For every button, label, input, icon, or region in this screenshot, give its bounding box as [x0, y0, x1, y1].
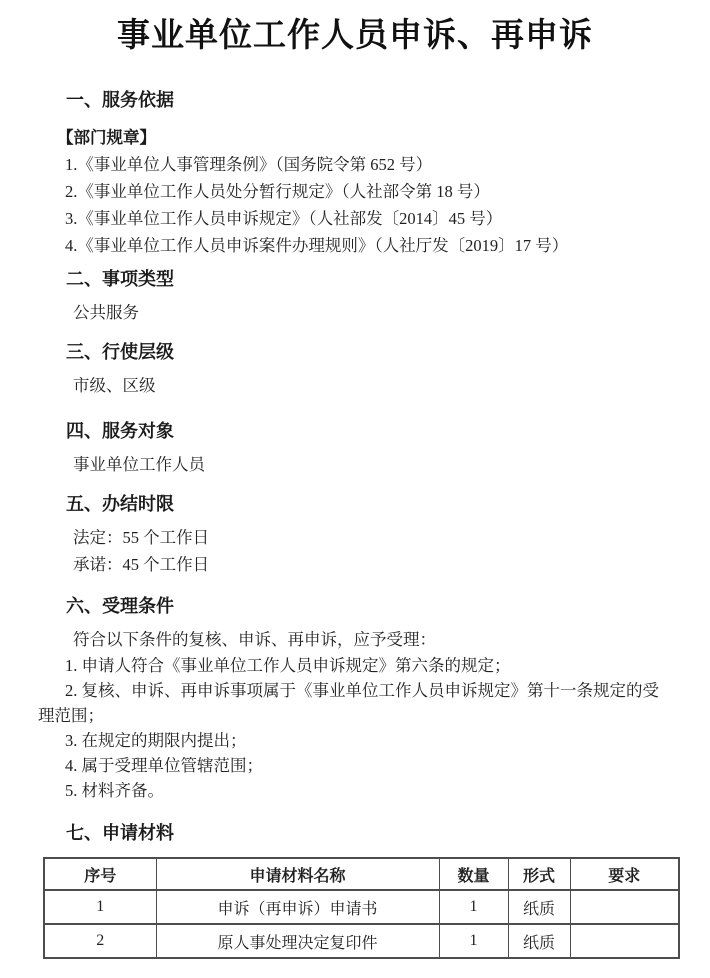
cell-quantity: 1 [439, 924, 508, 958]
section-heading-exercise-level: 三、行使层级 [38, 338, 672, 366]
column-header-serial-number: 序号 [44, 858, 156, 890]
cell-format: 纸质 [508, 890, 570, 924]
column-header-format: 形式 [508, 858, 570, 890]
section-heading-service-target: 四、服务对象 [38, 417, 672, 445]
cell-material-name: 申诉（再申诉）申请书 [156, 890, 439, 924]
table-row: 1 申诉（再申诉）申请书 1 纸质 [44, 890, 679, 924]
column-header-quantity: 数量 [439, 858, 508, 890]
cell-material-name: 原人事处理决定复印件 [156, 924, 439, 958]
condition-item: 2. 复核、申诉、再申诉事项属于《事业单位工作人员申诉规定》第十一条规定的受理范… [38, 678, 672, 728]
promised-time-limit: 承诺：45 个工作日 [38, 551, 672, 578]
cell-requirement [570, 890, 679, 924]
section-heading-completion-time: 五、办结时限 [38, 490, 672, 518]
table-row: 2 原人事处理决定复印件 1 纸质 [44, 924, 679, 958]
cell-serial-number: 2 [44, 924, 156, 958]
section-heading-item-type: 二、事项类型 [38, 265, 672, 293]
statutory-time-limit: 法定：55 个工作日 [38, 524, 672, 551]
table-header-row: 序号 申请材料名称 数量 形式 要求 [44, 858, 679, 890]
cell-quantity: 1 [439, 890, 508, 924]
section-heading-service-basis: 一、服务依据 [38, 86, 672, 114]
category-label-department-rules: 【部门规章】 [38, 124, 672, 151]
exercise-level-value: 市级、区级 [38, 372, 672, 399]
condition-item: 5. 材料齐备。 [38, 778, 672, 803]
law-reference-list: 1.《事业单位人事管理条例》（国务院令第 652 号） 2.《事业单位工作人员处… [38, 151, 672, 259]
condition-item: 4. 属于受理单位管辖范围； [38, 753, 672, 778]
item-type-value: 公共服务 [38, 299, 672, 326]
law-item: 1.《事业单位人事管理条例》（国务院令第 652 号） [38, 151, 672, 178]
column-header-material-name: 申请材料名称 [156, 858, 439, 890]
acceptance-conditions-intro: 符合以下条件的复核、申诉、再申诉，应予受理： [38, 626, 672, 653]
page-title: 事业单位工作人员申诉、再申诉 [38, 12, 672, 60]
law-item: 4.《事业单位工作人员申诉案件办理规则》（人社厅发〔2019〕17 号） [38, 232, 672, 259]
cell-serial-number: 1 [44, 890, 156, 924]
column-header-requirement: 要求 [570, 858, 679, 890]
cell-format: 纸质 [508, 924, 570, 958]
cell-requirement [570, 924, 679, 958]
application-materials-table: 序号 申请材料名称 数量 形式 要求 1 申诉（再申诉）申请书 1 纸质 2 原… [43, 857, 680, 959]
section-heading-application-materials: 七、申请材料 [38, 819, 672, 847]
section-heading-acceptance-conditions: 六、受理条件 [38, 592, 672, 620]
law-item: 2.《事业单位工作人员处分暂行规定》（人社部令第 18 号） [38, 178, 672, 205]
law-item: 3.《事业单位工作人员申诉规定》（人社部发〔2014〕45 号） [38, 205, 672, 232]
service-target-value: 事业单位工作人员 [38, 451, 672, 478]
condition-item: 3. 在规定的期限内提出； [38, 728, 672, 753]
document-page: 事业单位工作人员申诉、再申诉 一、服务依据 【部门规章】 1.《事业单位人事管理… [0, 0, 710, 978]
condition-item: 1. 申请人符合《事业单位工作人员申诉规定》第六条的规定； [38, 653, 672, 678]
